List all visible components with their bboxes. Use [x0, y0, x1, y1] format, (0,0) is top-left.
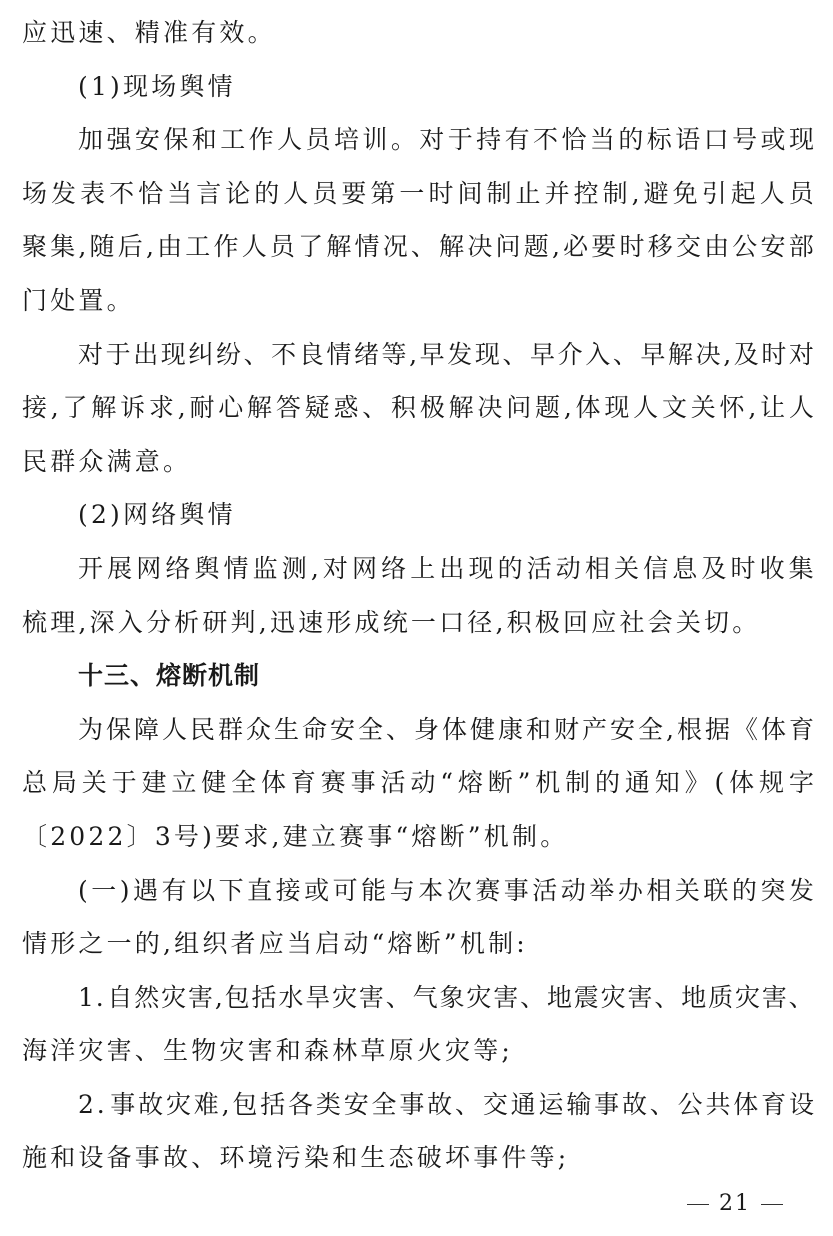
paragraph-line: 民群众满意。 [22, 435, 814, 489]
paragraph-line: 场发表不恰当言论的人员要第一时间制止并控制,避免引起人员 [22, 167, 814, 221]
line-text: 接,了解诉求,耐心解答疑惑、积极解决问题,体现人文关怀,让人 [22, 381, 814, 435]
line-text: 梳理,深入分析研判,迅速形成统一口径,积极回应社会关切。 [22, 596, 814, 650]
line-text: 开展网络舆情监测,对网络上出现的活动相关信息及时收集 [78, 542, 814, 596]
line-text: 施和设备事故、环境污染和生态破坏事件等; [22, 1131, 814, 1185]
paragraph-line: 对于出现纠纷、不良情绪等,早发现、早介入、早解决,及时对 [22, 328, 814, 382]
paragraph-line: 为保障人民群众生命安全、身体健康和财产安全,根据《体育 [22, 703, 814, 757]
line-text: (2)网络舆情 [78, 488, 814, 542]
line-text: 对于出现纠纷、不良情绪等,早发现、早介入、早解决,及时对 [78, 328, 814, 382]
dash-left [687, 1204, 709, 1205]
heading-text: 十三、熔断机制 [78, 649, 814, 703]
page-number-text: 21 [719, 1191, 751, 1216]
line-text: 海洋灾害、生物灾害和森林草原火灾等; [22, 1024, 814, 1078]
line-text: (1)现场舆情 [78, 60, 814, 114]
paragraph-line: 应迅速、精准有效。 [22, 6, 814, 60]
page-number: 21 [677, 1189, 793, 1219]
line-text: 门处置。 [22, 274, 814, 328]
paragraph-line: 情形之一的,组织者应当启动“熔断”机制: [22, 917, 814, 971]
line-text: 总局关于建立健全体育赛事活动“熔断”机制的通知》(体规字 [22, 756, 814, 810]
line-text: (一)遇有以下直接或可能与本次赛事活动举办相关联的突发 [78, 864, 814, 918]
line-text: 2. 事故灾难,包括各类安全事故、交通运输事故、公共体育设 [78, 1078, 814, 1132]
line-text: 加强安保和工作人员培训。对于持有不恰当的标语口号或现 [78, 113, 814, 167]
paragraph-line: 开展网络舆情监测,对网络上出现的活动相关信息及时收集 [22, 542, 814, 596]
paragraph-line: 接,了解诉求,耐心解答疑惑、积极解决问题,体现人文关怀,让人 [22, 381, 814, 435]
list-item-line: 施和设备事故、环境污染和生态破坏事件等; [22, 1131, 814, 1185]
list-item-line: 海洋灾害、生物灾害和森林草原火灾等; [22, 1024, 814, 1078]
section-heading: 十三、熔断机制 [22, 649, 814, 703]
subsection-title-online: (2)网络舆情 [22, 488, 814, 542]
line-text: 1. 自然灾害,包括水旱灾害、气象灾害、地震灾害、地质灾害、 [78, 971, 814, 1025]
paragraph-line: 总局关于建立健全体育赛事活动“熔断”机制的通知》(体规字 [22, 756, 814, 810]
paragraph-line: 门处置。 [22, 274, 814, 328]
line-text: 应迅速、精准有效。 [22, 6, 814, 60]
list-item-line: 2. 事故灾难,包括各类安全事故、交通运输事故、公共体育设 [22, 1078, 814, 1132]
line-text: 情形之一的,组织者应当启动“熔断”机制: [22, 917, 814, 971]
paragraph-line: 梳理,深入分析研判,迅速形成统一口径,积极回应社会关切。 [22, 596, 814, 650]
paragraph-line: (一)遇有以下直接或可能与本次赛事活动举办相关联的突发 [22, 864, 814, 918]
line-text: 场发表不恰当言论的人员要第一时间制止并控制,避免引起人员 [22, 167, 814, 221]
line-text: 民群众满意。 [22, 435, 814, 489]
subsection-title-on-site: (1)现场舆情 [22, 60, 814, 114]
dash-right [761, 1204, 783, 1205]
paragraph-line: 聚集,随后,由工作人员了解情况、解决问题,必要时移交由公安部 [22, 220, 814, 274]
line-text: 聚集,随后,由工作人员了解情况、解决问题,必要时移交由公安部 [22, 220, 814, 274]
list-item-line: 1. 自然灾害,包括水旱灾害、气象灾害、地震灾害、地质灾害、 [22, 971, 814, 1025]
line-text: 〔2022〕3号)要求,建立赛事“熔断”机制。 [22, 810, 814, 864]
paragraph-line: 加强安保和工作人员培训。对于持有不恰当的标语口号或现 [22, 113, 814, 167]
line-text: 为保障人民群众生命安全、身体健康和财产安全,根据《体育 [78, 703, 814, 757]
document-page: 应迅速、精准有效。 (1)现场舆情 加强安保和工作人员培训。对于持有不恰当的标语… [22, 6, 814, 1185]
paragraph-line: 〔2022〕3号)要求,建立赛事“熔断”机制。 [22, 810, 814, 864]
